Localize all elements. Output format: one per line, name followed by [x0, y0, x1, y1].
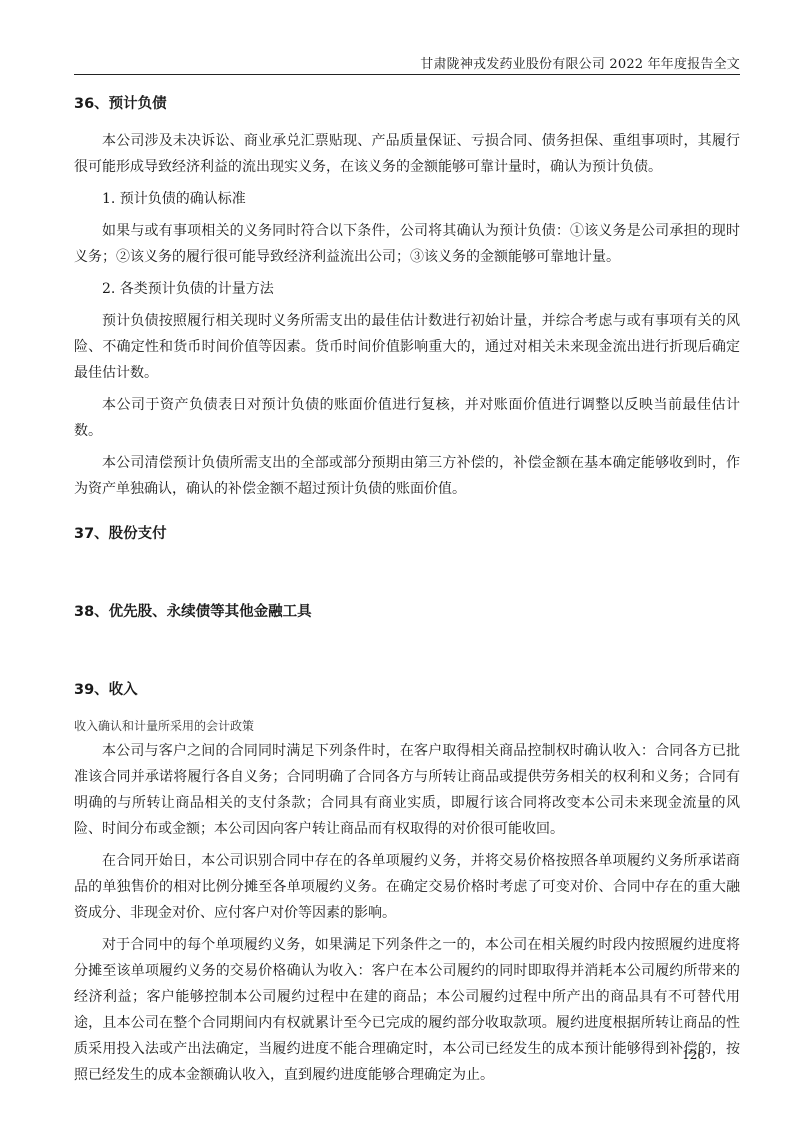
- paragraph: 对于合同中的每个单项履约义务，如果满足下列条件之一的，本公司在相关履约时段内按照…: [74, 932, 740, 1088]
- paragraph: 本公司于资产负债表日对预计负债的账面价值进行复核，并对账面价值进行调整以反映当前…: [74, 392, 740, 444]
- section-heading: 37、股份支付: [74, 524, 740, 544]
- section-38-financial-instruments: 38、优先股、永续债等其他金融工具: [74, 602, 740, 622]
- policy-note: 收入确认和计量所采用的会计政策: [74, 716, 740, 736]
- section-heading: 38、优先股、永续债等其他金融工具: [74, 602, 740, 622]
- section-heading: 36、预计负债: [74, 94, 740, 114]
- section-39-revenue: 39、收入 收入确认和计量所采用的会计政策 本公司与客户之间的合同同时满足下列条…: [74, 680, 740, 1088]
- paragraph: 在合同开始日，本公司识别合同中存在的各单项履约义务，并将交易价格按照各单项履约义…: [74, 848, 740, 926]
- subsection-title: 1. 预计负债的确认标准: [74, 186, 740, 212]
- paragraph: 预计负债按照履行相关现时义务所需支出的最佳估计数进行初始计量，并综合考虑与或有事…: [74, 308, 740, 386]
- paragraph: 本公司与客户之间的合同同时满足下列条件时，在客户取得相关商品控制权时确认收入：合…: [74, 738, 740, 842]
- paragraph: 如果与或有事项相关的义务同时符合以下条件，公司将其确认为预计负债：①该义务是公司…: [74, 218, 740, 270]
- document-body: 36、预计负债 本公司涉及未决诉讼、商业承兑汇票贴现、产品质量保证、亏损合同、债…: [74, 94, 740, 1088]
- section-37-share-payment: 37、股份支付: [74, 524, 740, 544]
- page-header: 甘肃陇神戎发药业股份有限公司 2022 年年度报告全文: [74, 50, 740, 75]
- subsection-title: 2. 各类预计负债的计量方法: [74, 276, 740, 302]
- page-number: 126: [682, 1048, 705, 1062]
- report-title: 甘肃陇神戎发药业股份有限公司 2022 年年度报告全文: [420, 53, 740, 72]
- paragraph: 本公司清偿预计负债所需支出的全部或部分预期由第三方补偿的，补偿金额在基本确定能够…: [74, 450, 740, 502]
- paragraph: 本公司涉及未决诉讼、商业承兑汇票贴现、产品质量保证、亏损合同、债务担保、重组事项…: [74, 128, 740, 180]
- section-heading: 39、收入: [74, 680, 740, 700]
- section-36-provisions: 36、预计负债 本公司涉及未决诉讼、商业承兑汇票贴现、产品质量保证、亏损合同、债…: [74, 94, 740, 502]
